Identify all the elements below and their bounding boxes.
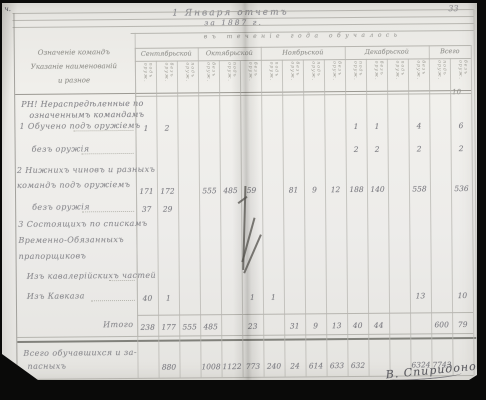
group-column-line: [471, 45, 472, 58]
cell-value: 79: [458, 321, 468, 329]
subcolumn-label: безъ оруж.: [289, 61, 299, 90]
column-line: [198, 60, 202, 377]
cell-value: 1: [354, 123, 359, 131]
subcolumn-label: безъ оруж.: [331, 61, 341, 90]
cell-value: 240: [267, 363, 281, 371]
subcolumn-label: подъ оруж.: [310, 61, 320, 90]
group-column-line: [429, 45, 430, 58]
row-label-column-header: Указаніе наименованій: [17, 63, 131, 71]
cell-value: 44: [374, 322, 384, 330]
cell-value: 2: [375, 146, 380, 154]
cell-value: 29: [163, 206, 173, 214]
column-group-label: Сентябрьской: [135, 49, 198, 58]
subcolumn-label: подъ оруж.: [142, 63, 152, 92]
row-label: безъ оружія: [32, 203, 90, 212]
cell-value: 40: [353, 322, 363, 330]
subcolumn-label: подъ оруж.: [436, 60, 446, 89]
cell-value: 1008: [201, 363, 220, 371]
row-label: 1 Обучено подъ оружіемъ: [19, 122, 140, 131]
cell-value: 2: [354, 146, 359, 154]
cell-value: 880: [162, 364, 176, 372]
group-column-line: [198, 47, 199, 60]
cell-value: 172: [160, 188, 174, 196]
cell-value: 1: [144, 125, 149, 133]
cell-value: 31: [290, 322, 300, 330]
cell-value: 81: [289, 186, 299, 194]
column-line: [303, 59, 307, 376]
section-heading: РН! Нераспредѣленные по: [21, 100, 143, 109]
cell-value: 171: [139, 188, 153, 196]
paper-sheet: ч. 33 10 1 Января отчетъ за 1887 г. въ т…: [2, 3, 477, 380]
cell-value: 238: [140, 324, 154, 332]
cell-value: 485: [203, 323, 217, 331]
row-label: Временно-Обязанныхъ: [18, 236, 124, 245]
row-label: безъ оружія: [32, 145, 90, 154]
cell-value: 24: [290, 362, 300, 370]
subcolumn-label: подъ оруж.: [268, 62, 278, 91]
column-line: [345, 59, 349, 376]
column-line: [324, 59, 328, 376]
cell-value: 558: [412, 185, 426, 193]
cell-value: 614: [309, 362, 323, 370]
page-content: ч. 33 10 1 Января отчетъ за 1887 г. въ т…: [0, 1, 478, 382]
cell-value: 555: [182, 323, 196, 331]
cell-value: 188: [349, 186, 363, 194]
column-line: [156, 61, 160, 378]
row-label-column-header: Означеніе командъ: [17, 49, 131, 57]
column-line: [429, 58, 433, 375]
column-group-label: Всего: [429, 47, 471, 55]
cell-value: 2: [417, 145, 422, 153]
cell-value: 2: [165, 125, 170, 133]
column-line: [387, 59, 391, 376]
row-label: прапорщиковъ: [19, 252, 87, 261]
subcolumn-label: безъ оруж.: [457, 60, 467, 89]
column-group-label: Ноябрьской: [261, 48, 345, 57]
column-line: [177, 61, 181, 378]
subcolumn-label: подъ оруж.: [394, 61, 404, 90]
subcolumn-label: безъ оруж.: [373, 61, 383, 90]
column-line: [261, 60, 265, 377]
row-label: командъ подъ оружіемъ: [17, 181, 131, 190]
label-column-line: [135, 33, 139, 337]
cell-value: 632: [351, 362, 365, 370]
row-label: 3 Состоящихъ по спискамъ: [18, 220, 147, 229]
column-line: [219, 60, 223, 377]
cell-value: 13: [332, 322, 342, 330]
cell-value: 555: [202, 187, 216, 195]
group-column-line: [261, 47, 262, 60]
totals-label: Итого: [103, 321, 133, 329]
subcolumn-label: безъ оруж.: [163, 63, 173, 92]
cell-value: 1: [166, 295, 171, 303]
row-label-column-header: и разное: [17, 77, 131, 85]
footer-label: пасныхъ: [27, 363, 66, 371]
subcolumn-label: безъ оруж.: [205, 62, 215, 91]
cell-value: 140: [370, 186, 384, 194]
cell-value: 2: [459, 145, 464, 153]
cell-value: 633: [330, 362, 344, 370]
column-line: [450, 58, 454, 375]
cell-value: 6: [459, 122, 464, 130]
cell-value: 40: [143, 295, 153, 303]
cell-value: 1: [271, 294, 276, 302]
column-line: [366, 59, 370, 376]
row-label: 2 Нижнихъ чиновъ и разныхъ: [17, 166, 155, 175]
cell-value: 9: [312, 186, 317, 194]
column-line: [408, 59, 412, 376]
cell-value: 4: [417, 122, 422, 130]
row-label: Изъ Кавказа: [27, 292, 85, 301]
subcolumn-label: безъ оруж.: [415, 60, 425, 89]
cell-value: 9: [313, 322, 318, 330]
footer-label: Всего обучавшихся и за-: [23, 349, 137, 358]
cell-value: 13: [416, 292, 426, 300]
scanned-ledger-page: ч. 33 10 1 Января отчетъ за 1887 г. въ т…: [0, 0, 486, 400]
column-line: [282, 60, 286, 377]
corner-mark: ч.: [4, 6, 11, 13]
dotted-leader: [91, 300, 135, 301]
subcolumn-label: подъ оруж.: [184, 62, 194, 91]
column-group-label: Декабрьской: [345, 47, 429, 56]
section-heading: означеннымъ командамъ: [29, 111, 144, 120]
cell-value: 37: [142, 206, 152, 214]
row-label: Изъ кавалерійскихъ частей: [27, 272, 156, 281]
cell-value: 1: [375, 123, 380, 131]
cell-value: 600: [434, 321, 448, 329]
cell-value: 536: [454, 185, 468, 193]
cell-value: 177: [161, 324, 175, 332]
cell-value: 12: [331, 186, 341, 194]
subcolumn-label: подъ оруж.: [352, 61, 362, 90]
cell-value: 10: [458, 292, 468, 300]
group-column-line: [345, 46, 346, 59]
